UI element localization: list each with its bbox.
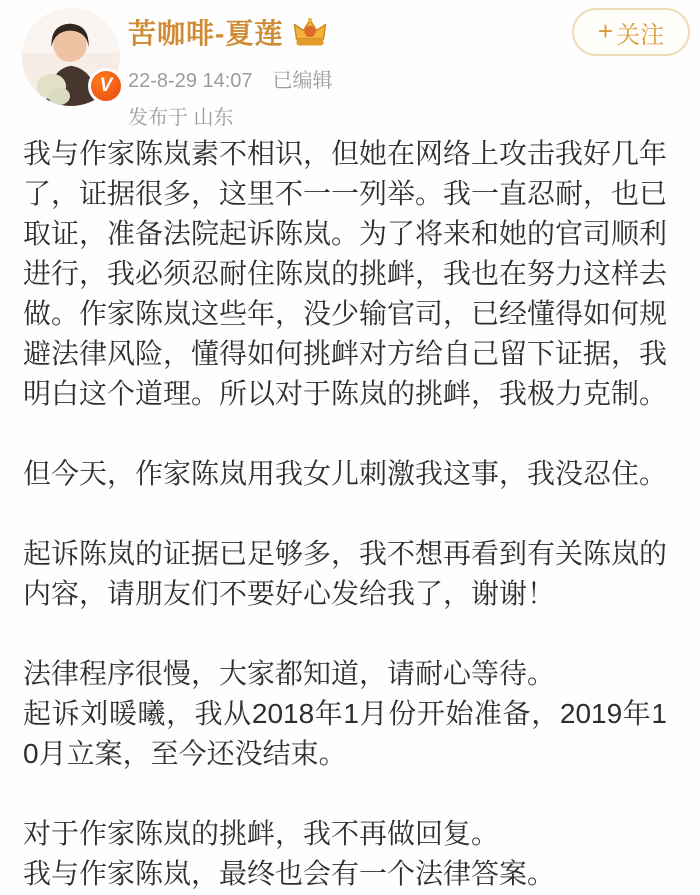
- plus-icon: +: [598, 18, 613, 44]
- post-paragraph: 法律程序很慢，大家都知道，请耐心等待。 起诉刘暖曦，我从2018年1月份开始准备…: [23, 654, 667, 774]
- post-paragraph: 我与作家陈岚素不相识，但她在网络上攻击我好几年了，证据很多，这里不一一列举。我一…: [23, 134, 667, 414]
- username[interactable]: 苦咖啡-夏莲: [128, 12, 283, 52]
- verified-v-badge-icon: V: [88, 68, 124, 104]
- post-body: 我与作家陈岚素不相识，但她在网络上攻击我好几年了，证据很多，这里不一一列举。我一…: [0, 126, 689, 894]
- user-avatar[interactable]: V: [22, 8, 120, 106]
- user-meta: 苦咖啡-夏莲 22-8-29 14:07 已编辑 发布于 山东: [128, 12, 333, 130]
- post-location: 发布于 山东: [128, 101, 333, 130]
- post-paragraph: 对于作家陈岚的挑衅，我不再做回复。 我与作家陈岚，最终也会有一个法律答案。: [23, 814, 667, 894]
- post-timestamp: 22-8-29 14:07: [128, 70, 253, 93]
- follow-button-label: 关注: [616, 15, 664, 50]
- edited-label: 已编辑: [273, 64, 333, 93]
- post-paragraph: 起诉陈岚的证据已足够多，我不想再看到有关陈岚的内容，请朋友们不要好心发给我了，谢…: [23, 534, 667, 614]
- follow-button[interactable]: + 关注: [572, 8, 690, 56]
- weibo-post-card: V 苦咖啡-夏莲 22-8-29 14:07 已编辑 发布于 山东: [0, 0, 700, 895]
- post-header: V 苦咖啡-夏莲 22-8-29 14:07 已编辑 发布于 山东: [0, 0, 700, 126]
- vip-crown-icon: [292, 17, 328, 49]
- post-paragraph: 但今天，作家陈岚用我女儿刺激我这事，我没忍住。: [23, 454, 667, 494]
